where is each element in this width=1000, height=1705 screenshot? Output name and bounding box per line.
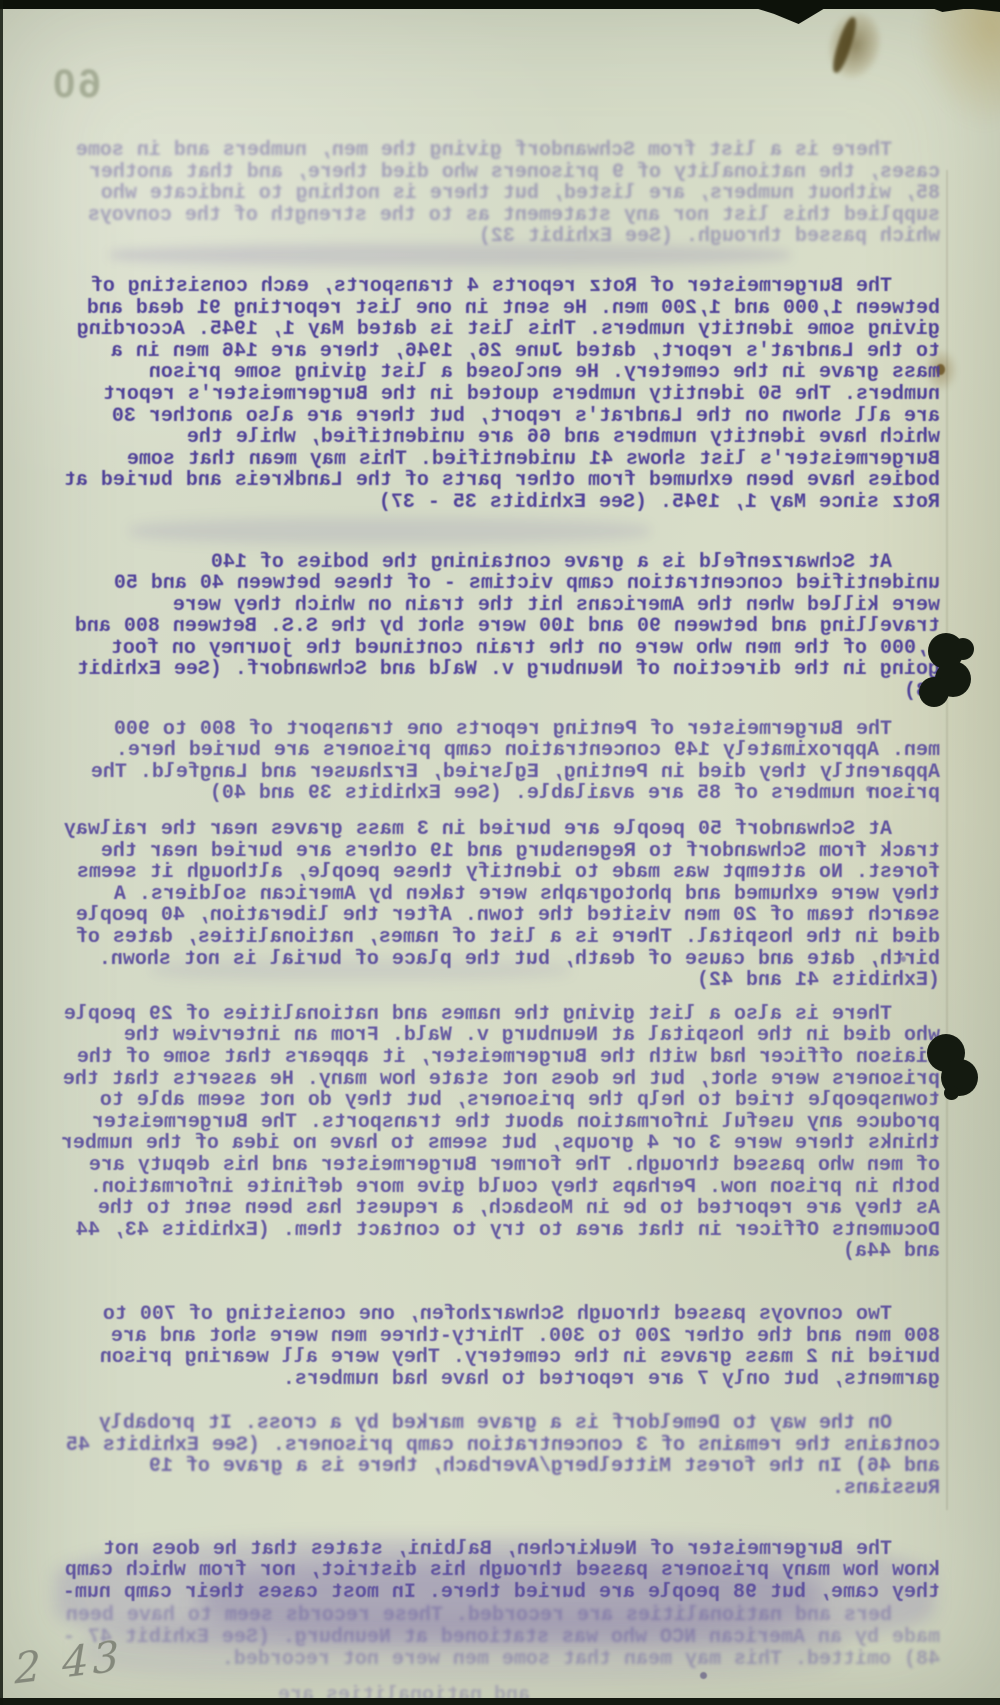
scan-edge-bottom: [0, 1698, 1000, 1705]
paper-crease-vertical: [946, 170, 948, 1510]
typed-paragraph-4: The Burgermeister of Penting reports one…: [60, 719, 940, 805]
stamp-page-number-mirrored: 60: [50, 62, 101, 107]
scan-edge-top: [0, 0, 1000, 9]
typed-paragraph-1: There is a list from Schwandorf giving t…: [60, 140, 940, 248]
typed-paragraph-5: At Schwandorf 50 people are buried in 3 …: [60, 819, 940, 992]
typed-text-block-mirrored: There is a list from Schwandorf giving t…: [60, 140, 940, 1670]
scan-edge-left: [0, 0, 3, 1705]
ink-spot: [700, 1672, 707, 1679]
typed-paragraph-10: bers and nationalities are recorded. The…: [60, 1605, 940, 1670]
typed-paragraph-8: On the way to Demeldorf is a grave marke…: [60, 1413, 940, 1499]
scanned-document-page: 60 There is a list from Schwandorf givin…: [0, 0, 1000, 1705]
typed-paragraph-3: At Schwarzenfeld is a grave containing t…: [60, 552, 940, 703]
typed-paragraph-9: The Burgermeister of Neukirchen, Balbini…: [60, 1539, 940, 1604]
typed-paragraph-6: There is also a list giving the names an…: [60, 1004, 940, 1263]
typed-paragraph-2: The Burgermeister of Rotz reports 4 tran…: [60, 276, 940, 514]
typed-paragraph-7: Two convoys passed through Schwarzhofen,…: [60, 1304, 940, 1390]
